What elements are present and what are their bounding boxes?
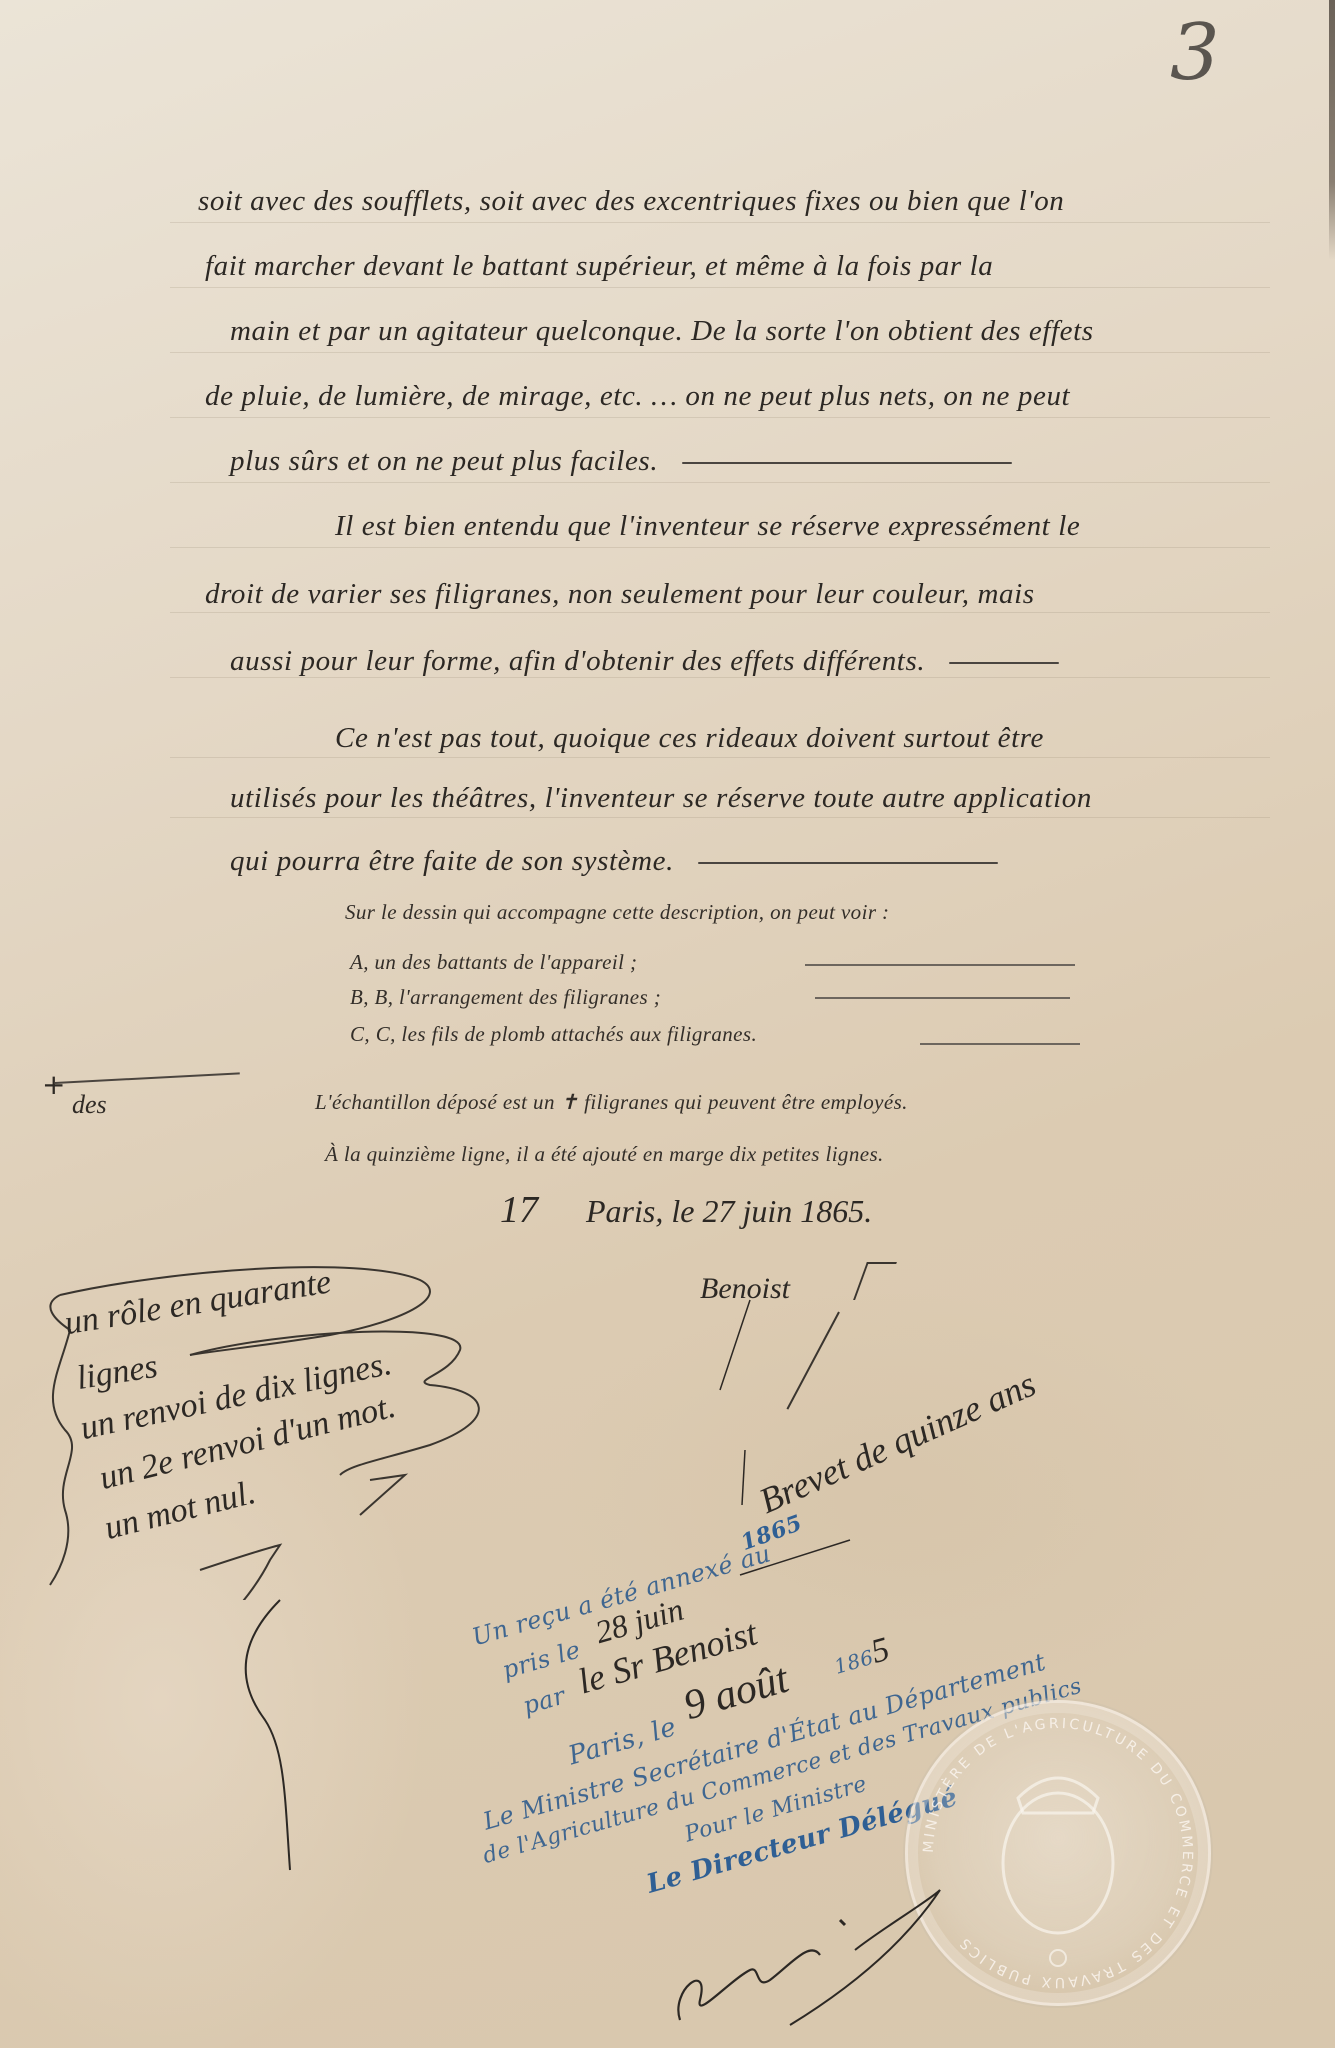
body-line: Il est bien entendu que l'inventeur se r… — [335, 510, 1080, 543]
margin-note: des — [72, 1090, 107, 1120]
ruled-line — [170, 222, 1270, 223]
ruled-line — [170, 417, 1270, 418]
body-line: droit de varier ses filigranes, non seul… — [205, 578, 1035, 611]
inventor-signature: Benoist — [700, 1272, 790, 1306]
date-line: 17 Paris, le 27 juin 1865. — [500, 1188, 872, 1232]
body-line: main et par un agitateur quelconque. De … — [230, 315, 1094, 348]
signature-flourish — [853, 1262, 897, 1300]
body-line: aussi pour leur forme, afin d'obtenir de… — [230, 645, 1059, 678]
page-edge-shadow — [1329, 0, 1335, 260]
insertion-note: À la quinzième ligne, il a été ajouté en… — [325, 1142, 884, 1167]
body-line: fait marcher devant le battant supérieur… — [205, 250, 993, 283]
legend-dash — [920, 1043, 1080, 1045]
legend-item-b: B, B, l'arrangement des filigranes ; — [350, 985, 661, 1010]
ruled-line — [170, 482, 1270, 483]
legend-intro: Sur le dessin qui accompagne cette descr… — [345, 900, 889, 925]
official-signature — [640, 1880, 970, 2030]
page-number: 3 — [1170, 8, 1220, 98]
issue-year-prefix: 186 — [832, 1645, 877, 1679]
date-text: Paris, le 27 juin 1865. — [586, 1193, 872, 1229]
date-prefix-number: 17 — [500, 1189, 538, 1231]
ruled-line — [170, 287, 1270, 288]
body-line-text: aussi pour leur forme, afin d'obtenir de… — [230, 645, 925, 677]
ruled-line — [170, 757, 1270, 758]
legend-dash — [805, 964, 1075, 966]
stamp-line: par — [520, 1681, 569, 1720]
body-line-text: qui pourra être faite de son système. — [230, 845, 674, 877]
ruled-line — [170, 612, 1270, 613]
sample-note: L'échantillon déposé est un ✝ filigranes… — [315, 1090, 908, 1115]
ruled-line — [170, 817, 1270, 818]
stamp-line: pris le — [499, 1635, 583, 1684]
margin-insertion-mark: + — [42, 1068, 65, 1101]
margin-bracket-note: un rôle en quarante lignes un renvoi de … — [30, 1260, 530, 1590]
legend-dash — [815, 997, 1070, 999]
body-line: plus sûrs et on ne peut plus faciles. — [230, 445, 1012, 478]
line-filler-dash — [698, 862, 998, 864]
issue-year-stamp: 1865 — [829, 1630, 894, 1682]
body-line: utilisés pour les théâtres, l'inventeur … — [230, 782, 1092, 815]
line-filler-dash — [682, 462, 1012, 464]
ruled-line — [170, 547, 1270, 548]
legend-item-a: A, un des battants de l'appareil ; — [350, 950, 637, 975]
signature-tail-stroke — [786, 1312, 839, 1410]
body-line: de pluie, de lumière, de mirage, etc. … … — [205, 380, 1070, 413]
body-line: Ce n'est pas tout, quoique ces rideaux d… — [335, 722, 1044, 755]
body-line: soit avec des soufflets, soit avec des e… — [198, 185, 1064, 218]
line-filler-dash — [949, 662, 1059, 664]
ruled-line — [170, 352, 1270, 353]
margin-stroke — [55, 1072, 240, 1083]
body-line-text: plus sûrs et on ne peut plus faciles. — [230, 445, 658, 477]
body-line: qui pourra être faite de son système. — [230, 845, 998, 878]
legend-item-c: C, C, les fils de plomb attachés aux fil… — [350, 1022, 757, 1047]
